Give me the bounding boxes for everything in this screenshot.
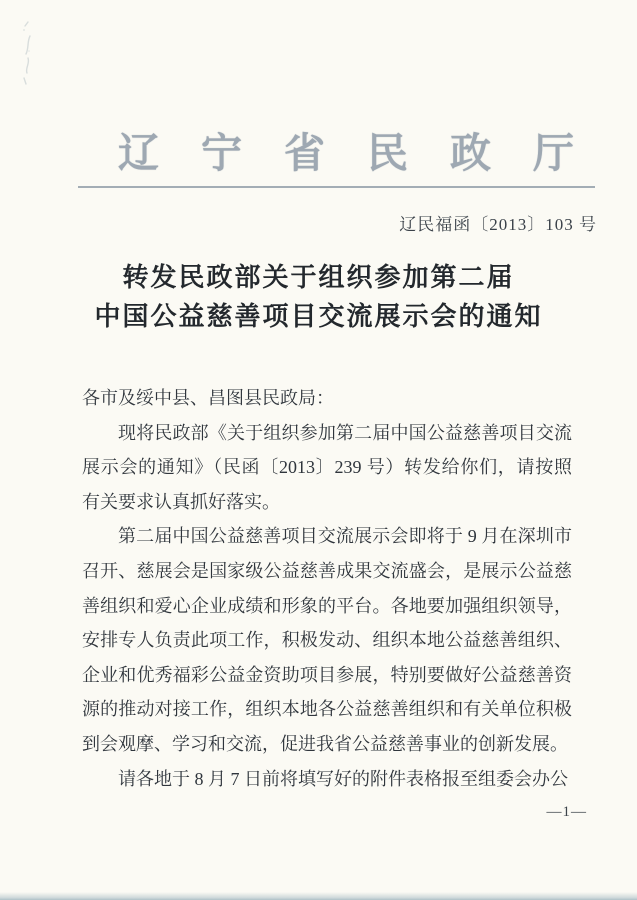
letterhead-agency-name: 辽宁省民政厅 bbox=[118, 120, 616, 179]
notice-title-line2: 中国公益慈善项目交流展示会的通知 bbox=[0, 297, 637, 336]
body-paragraph: 第二届中国公益慈善项目交流展示会即将于 9 月在深圳市召开、慈展会是国家级公益慈… bbox=[82, 519, 572, 761]
scan-bottom-edge-shadow bbox=[0, 892, 637, 900]
handwritten-scribble-mark bbox=[16, 18, 46, 88]
notice-title: 转发民政部关于组织参加第二届 中国公益慈善项目交流展示会的通知 bbox=[0, 258, 637, 336]
document-body: 各市及绥中县、昌图县民政局： 现将民政部《关于组织参加第二届中国公益慈善项目交流… bbox=[82, 381, 572, 796]
page-number: —1— bbox=[547, 804, 588, 821]
letterhead-divider-rule bbox=[78, 186, 595, 188]
scanned-document-page: 辽宁省民政厅 辽民福函〔2013〕103 号 转发民政部关于组织参加第二届 中国… bbox=[0, 0, 637, 900]
body-paragraph: 请各地于 8 月 7 日前将填写好的附件表格报至组委会办公 bbox=[82, 762, 572, 797]
document-reference-number: 辽民福函〔2013〕103 号 bbox=[399, 210, 597, 235]
salutation-line: 各市及绥中县、昌图县民政局： bbox=[82, 381, 572, 416]
body-paragraph: 现将民政部《关于组织参加第二届中国公益慈善项目交流展示会的通知》（民函〔2013… bbox=[82, 416, 572, 520]
notice-title-line1: 转发民政部关于组织参加第二届 bbox=[0, 258, 637, 297]
